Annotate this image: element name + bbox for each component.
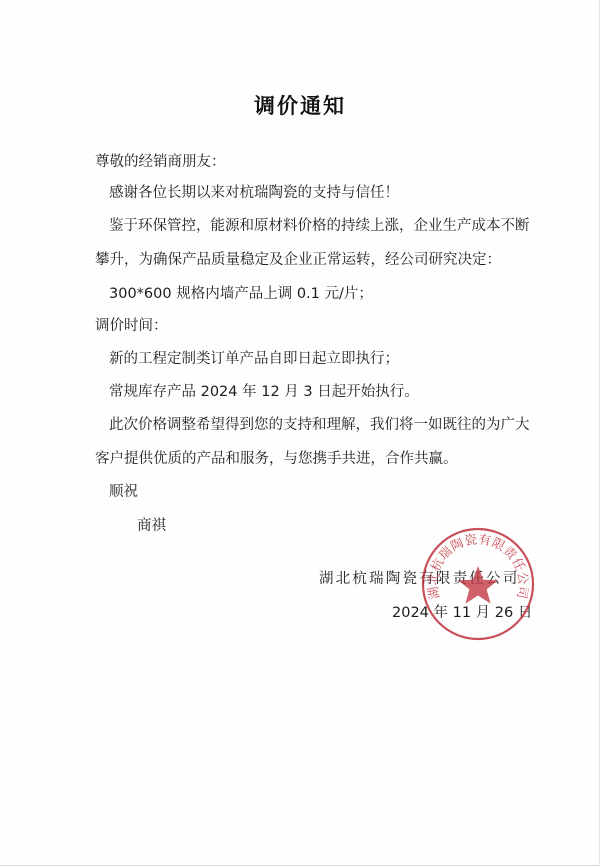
timing-heading: 调价时间： [95,314,168,335]
document-page: 调价通知 尊敬的经销商朋友： 感谢各位长期以来对杭瑞陶瓷的支持与信任！ 鉴于环保… [0,0,600,866]
sign-off-wish-2: 商祺 [137,514,166,535]
thanks-paragraph: 感谢各位长期以来对杭瑞陶瓷的支持与信任！ [109,181,399,202]
signature-company: 湖北杭瑞陶瓷有限责任公司 [319,567,519,588]
timing-item: 新的工程定制类订单产品自即日起立即执行； [109,347,399,368]
document-title: 调价通知 [0,90,600,120]
closing-paragraph-line-2: 客户提供优质的产品和服务，与您携手共进，合作共赢。 [95,447,458,468]
reason-paragraph-line-1: 鉴于环保管控，能源和原材料价格的持续上涨，企业生产成本不断 [109,214,530,235]
reason-paragraph-line-2: 攀升，为确保产品质量稳定及企业正常运转，经公司研究决定： [95,248,501,269]
seal-text: 湖北杭瑞陶瓷有限责任公司 [425,531,532,600]
svg-text:湖北杭瑞陶瓷有限责任公司: 湖北杭瑞陶瓷有限责任公司 [425,531,532,600]
timing-item: 常规库存产品 2024 年 12 月 3 日起开始执行。 [109,380,419,401]
salutation: 尊敬的经销商朋友： [95,150,226,171]
signature-date: 2024 年 11 月 26 日 [392,601,532,622]
sign-off-wish: 顺祝 [109,480,138,501]
price-adjustment-item: 300*600 规格内墙产品上调 0.1 元/片； [109,282,373,303]
closing-paragraph-line-1: 此次价格调整希望得到您的支持和理解，我们将一如既往的为广大 [109,413,530,434]
